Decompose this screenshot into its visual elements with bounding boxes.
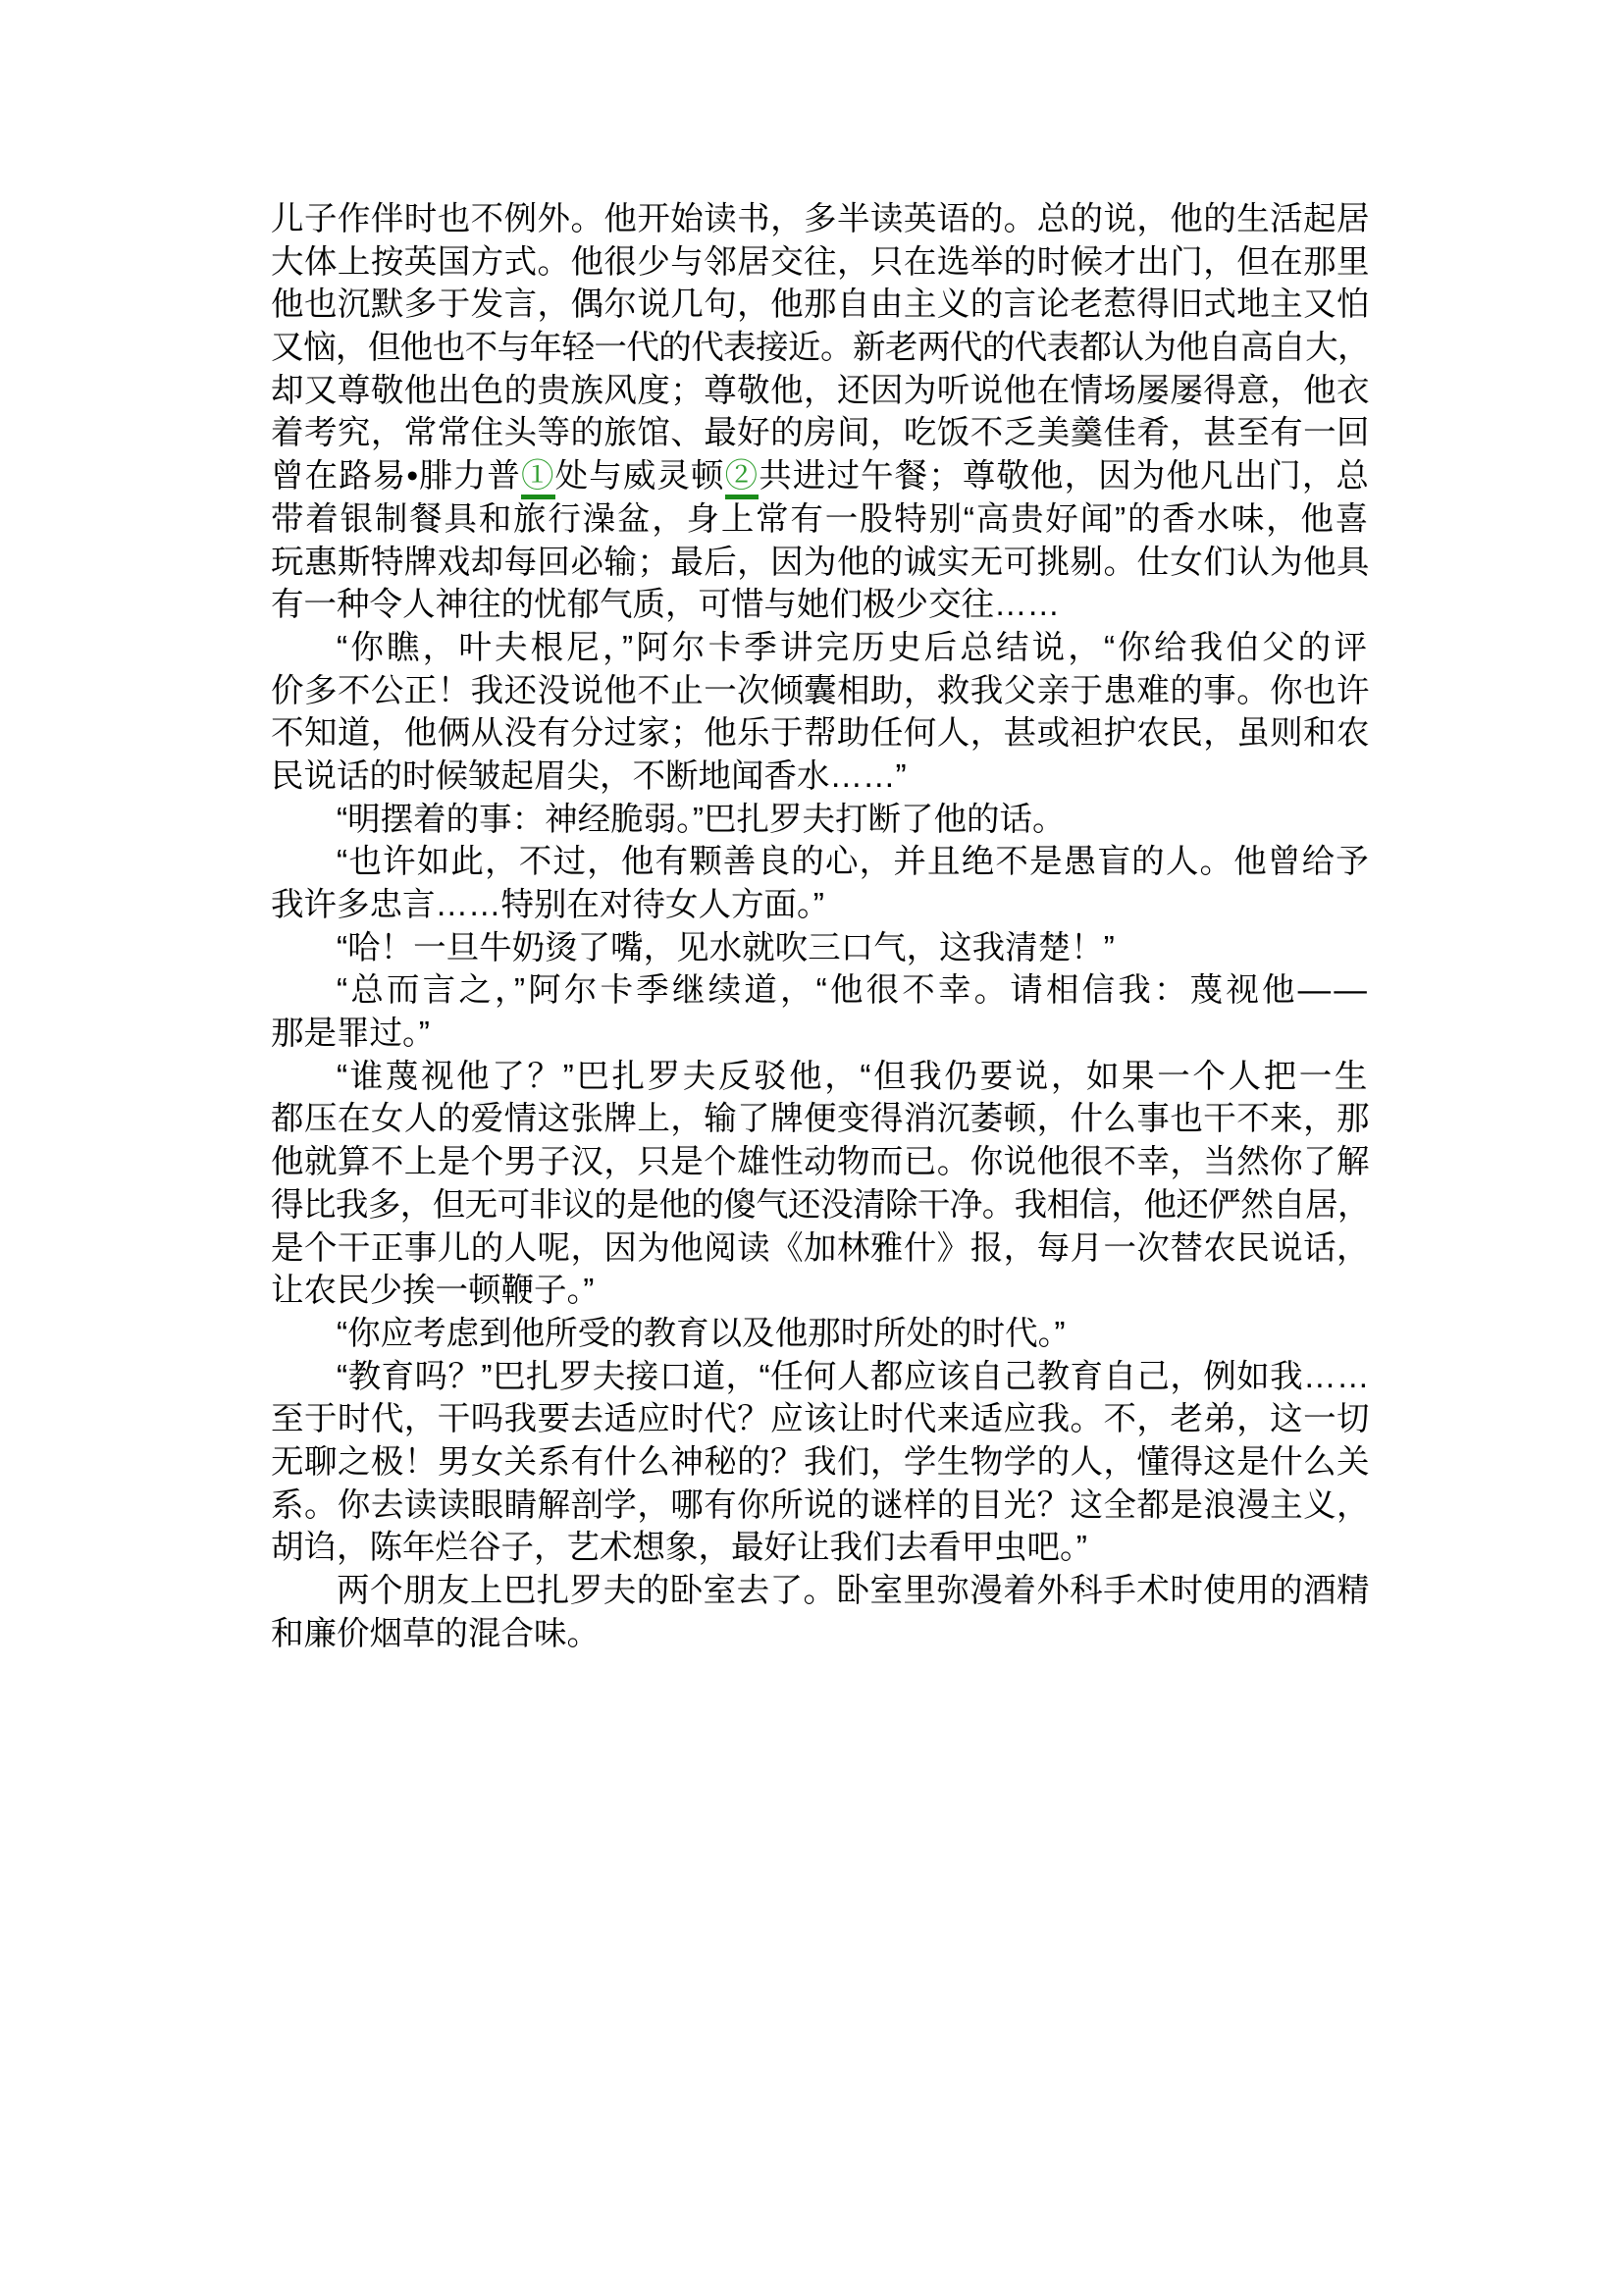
text-line: 无聊之极！男女关系有什么神秘的？我们，学生物学的人，懂得这是什么关 [271, 1441, 1370, 1485]
text-line: 价多不公正！我还没说他不止一次倾囊相助，救我父亲于患难的事。你也许 [271, 670, 1370, 713]
text-line: “谁蔑视他了？”巴扎罗夫反驳他，“但我仍要说，如果一个人把一生 [271, 1056, 1370, 1099]
text-line: 那是罪过。” [271, 1013, 1370, 1056]
text-line: 两个朋友上巴扎罗夫的卧室去了。卧室里弥漫着外科手术时使用的酒精 [271, 1570, 1370, 1613]
text-segment: 共进过午餐；尊敬他，因为他凡出门，总 [759, 458, 1370, 495]
text-block: 儿子作伴时也不例外。他开始读书，多半读英语的。总的说，他的生活起居大体上按英国方… [271, 198, 1370, 1655]
text-line: 让农民少挨一顿鞭子。” [271, 1270, 1370, 1313]
text-line: “你瞧，叶夫根尼，”阿尔卡季讲完历史后总结说，“你给我伯父的评 [271, 627, 1370, 670]
text-line: 都压在女人的爱情这张牌上，输了牌便变得消沉萎顿，什么事也干不来，那 [271, 1098, 1370, 1141]
text-line: 儿子作伴时也不例外。他开始读书，多半读英语的。总的说，他的生活起居 [271, 198, 1370, 241]
text-line: “也许如此，不过，他有颗善良的心，并且绝不是愚盲的人。他曾给予 [271, 841, 1370, 884]
text-line: 系。你去读读眼睛解剖学，哪有你所说的谜样的目光？这全都是浪漫主义， [271, 1485, 1370, 1528]
text-line: 胡诌，陈年烂谷子，艺术想象，最好让我们去看甲虫吧。” [271, 1527, 1370, 1570]
text-line: 却又尊敬他出色的贵族风度；尊敬他，还因为听说他在情场屡屡得意，他衣 [271, 370, 1370, 413]
text-line: 大体上按英国方式。他很少与邻居交往，只在选举的时候才出门，但在那里 [271, 241, 1370, 285]
text-line: 带着银制餐具和旅行澡盆，身上常有一股特别“高贵好闻”的香水味，他喜 [271, 498, 1370, 542]
text-segment: 处与威灵顿 [555, 458, 725, 495]
text-line: 是个干正事儿的人呢，因为他阅读《加林雅什》报，每月一次替农民说话， [271, 1227, 1370, 1271]
text-line: 民说话的时候皱起眉尖，不断地闻香水……” [271, 756, 1370, 799]
text-segment: 曾在路易•腓力普 [271, 458, 521, 495]
text-line: “哈！一旦牛奶烫了嘴，见水就吹三口气，这我清楚！” [271, 927, 1370, 970]
text-line: 曾在路易•腓力普①处与威灵顿②共进过午餐；尊敬他，因为他凡出门，总 [271, 455, 1370, 498]
text-line: 有一种令人神往的忧郁气质，可惜与她们极少交往…… [271, 584, 1370, 627]
text-line: “教育吗？”巴扎罗夫接口道，“任何人都应该自己教育自己，例如我…… [271, 1356, 1370, 1399]
text-line: 玩惠斯特牌戏却每回必输；最后，因为他的诚实无可挑剔。仕女们认为他具 [271, 542, 1370, 585]
text-line: “总而言之，”阿尔卡季继续道，“他很不幸。请相信我：蔑视他—— [271, 969, 1370, 1013]
text-line: 不知道，他俩从没有分过家；他乐于帮助任何人，甚或袒护农民，虽则和农 [271, 712, 1370, 756]
footnote-ref-link[interactable]: ② [725, 458, 760, 499]
text-line: 得比我多，但无可非议的是他的傻气还没清除干净。我相信，他还俨然自居， [271, 1184, 1370, 1227]
text-line: 他就算不上是个男子汉，只是个雄性动物而已。你说他很不幸，当然你了解 [271, 1141, 1370, 1184]
footnote-ref-link[interactable]: ① [521, 458, 555, 499]
text-line: 着考究，常常住头等的旅馆、最好的房间，吃饭不乏美羹佳肴，甚至有一回 [271, 412, 1370, 455]
text-line: “明摆着的事：神经脆弱。”巴扎罗夫打断了他的话。 [271, 799, 1370, 842]
book-page: 儿子作伴时也不例外。他开始读书，多半读英语的。总的说，他的生活起居大体上按英国方… [0, 0, 1624, 2294]
text-line: 和廉价烟草的混合味。 [271, 1613, 1370, 1656]
text-line: 我许多忠言……特别在对待女人方面。” [271, 884, 1370, 927]
text-line: 他也沉默多于发言，偶尔说几句，他那自由主义的言论老惹得旧式地主又怕 [271, 284, 1370, 327]
text-line: 又恼，但他也不与年轻一代的代表接近。新老两代的代表都认为他自高自大， [271, 327, 1370, 370]
text-line: “你应考虑到他所受的教育以及他那时所处的时代。” [271, 1313, 1370, 1356]
text-line: 至于时代，干吗我要去适应时代？应该让时代来适应我。不，老弟，这一切 [271, 1398, 1370, 1441]
